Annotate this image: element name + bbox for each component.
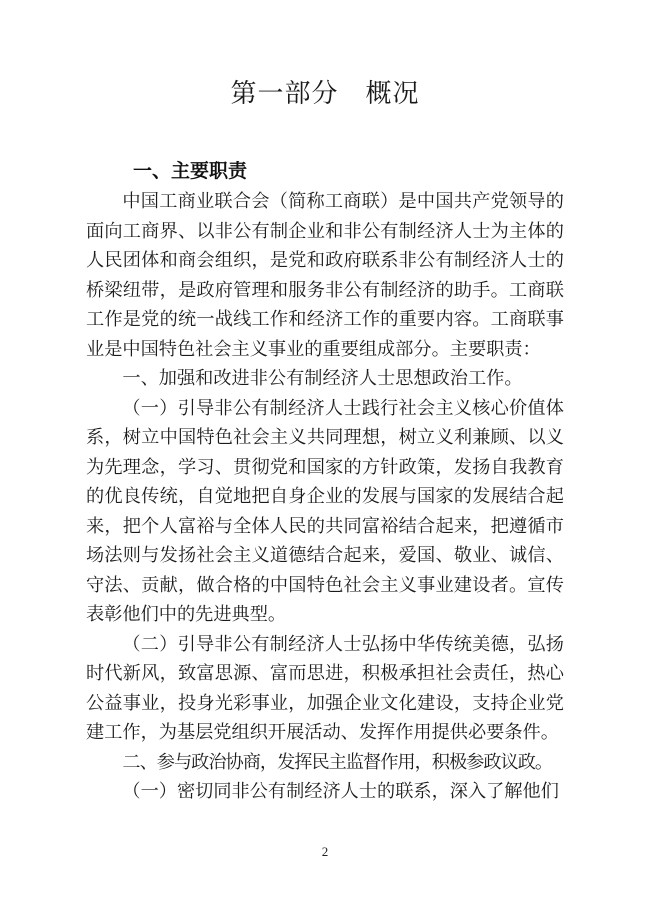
paragraph: 中国工商业联合会（简称工商联）是中国共产党领导的面向工商界、以非公有制企业和非公…: [86, 187, 564, 364]
paragraph: （一）密切同非公有制经济人士的联系，深入了解他们: [86, 777, 564, 807]
section-heading: 一、主要职责: [86, 157, 564, 187]
paragraph: 一、加强和改进非公有制经济人士思想政治工作。: [86, 364, 564, 394]
paragraph: 二、参与政治协商，发挥民主监督作用，积极参政议政。: [86, 748, 564, 778]
paragraph: （二）引导非公有制经济人士弘扬中华传统美德，弘扬时代新风，致富思源、富而思进，积…: [86, 630, 564, 748]
paragraph: （一）引导非公有制经济人士践行社会主义核心价值体系，树立中国特色社会主义共同理想…: [86, 394, 564, 630]
document-body: 中国工商业联合会（简称工商联）是中国共产党领导的面向工商界、以非公有制企业和非公…: [86, 187, 564, 807]
page-number: 2: [86, 843, 564, 861]
document-page: 第一部分 概况 一、主要职责 中国工商业联合会（简称工商联）是中国共产党领导的面…: [0, 0, 650, 919]
page-title: 第一部分 概况: [86, 78, 564, 110]
